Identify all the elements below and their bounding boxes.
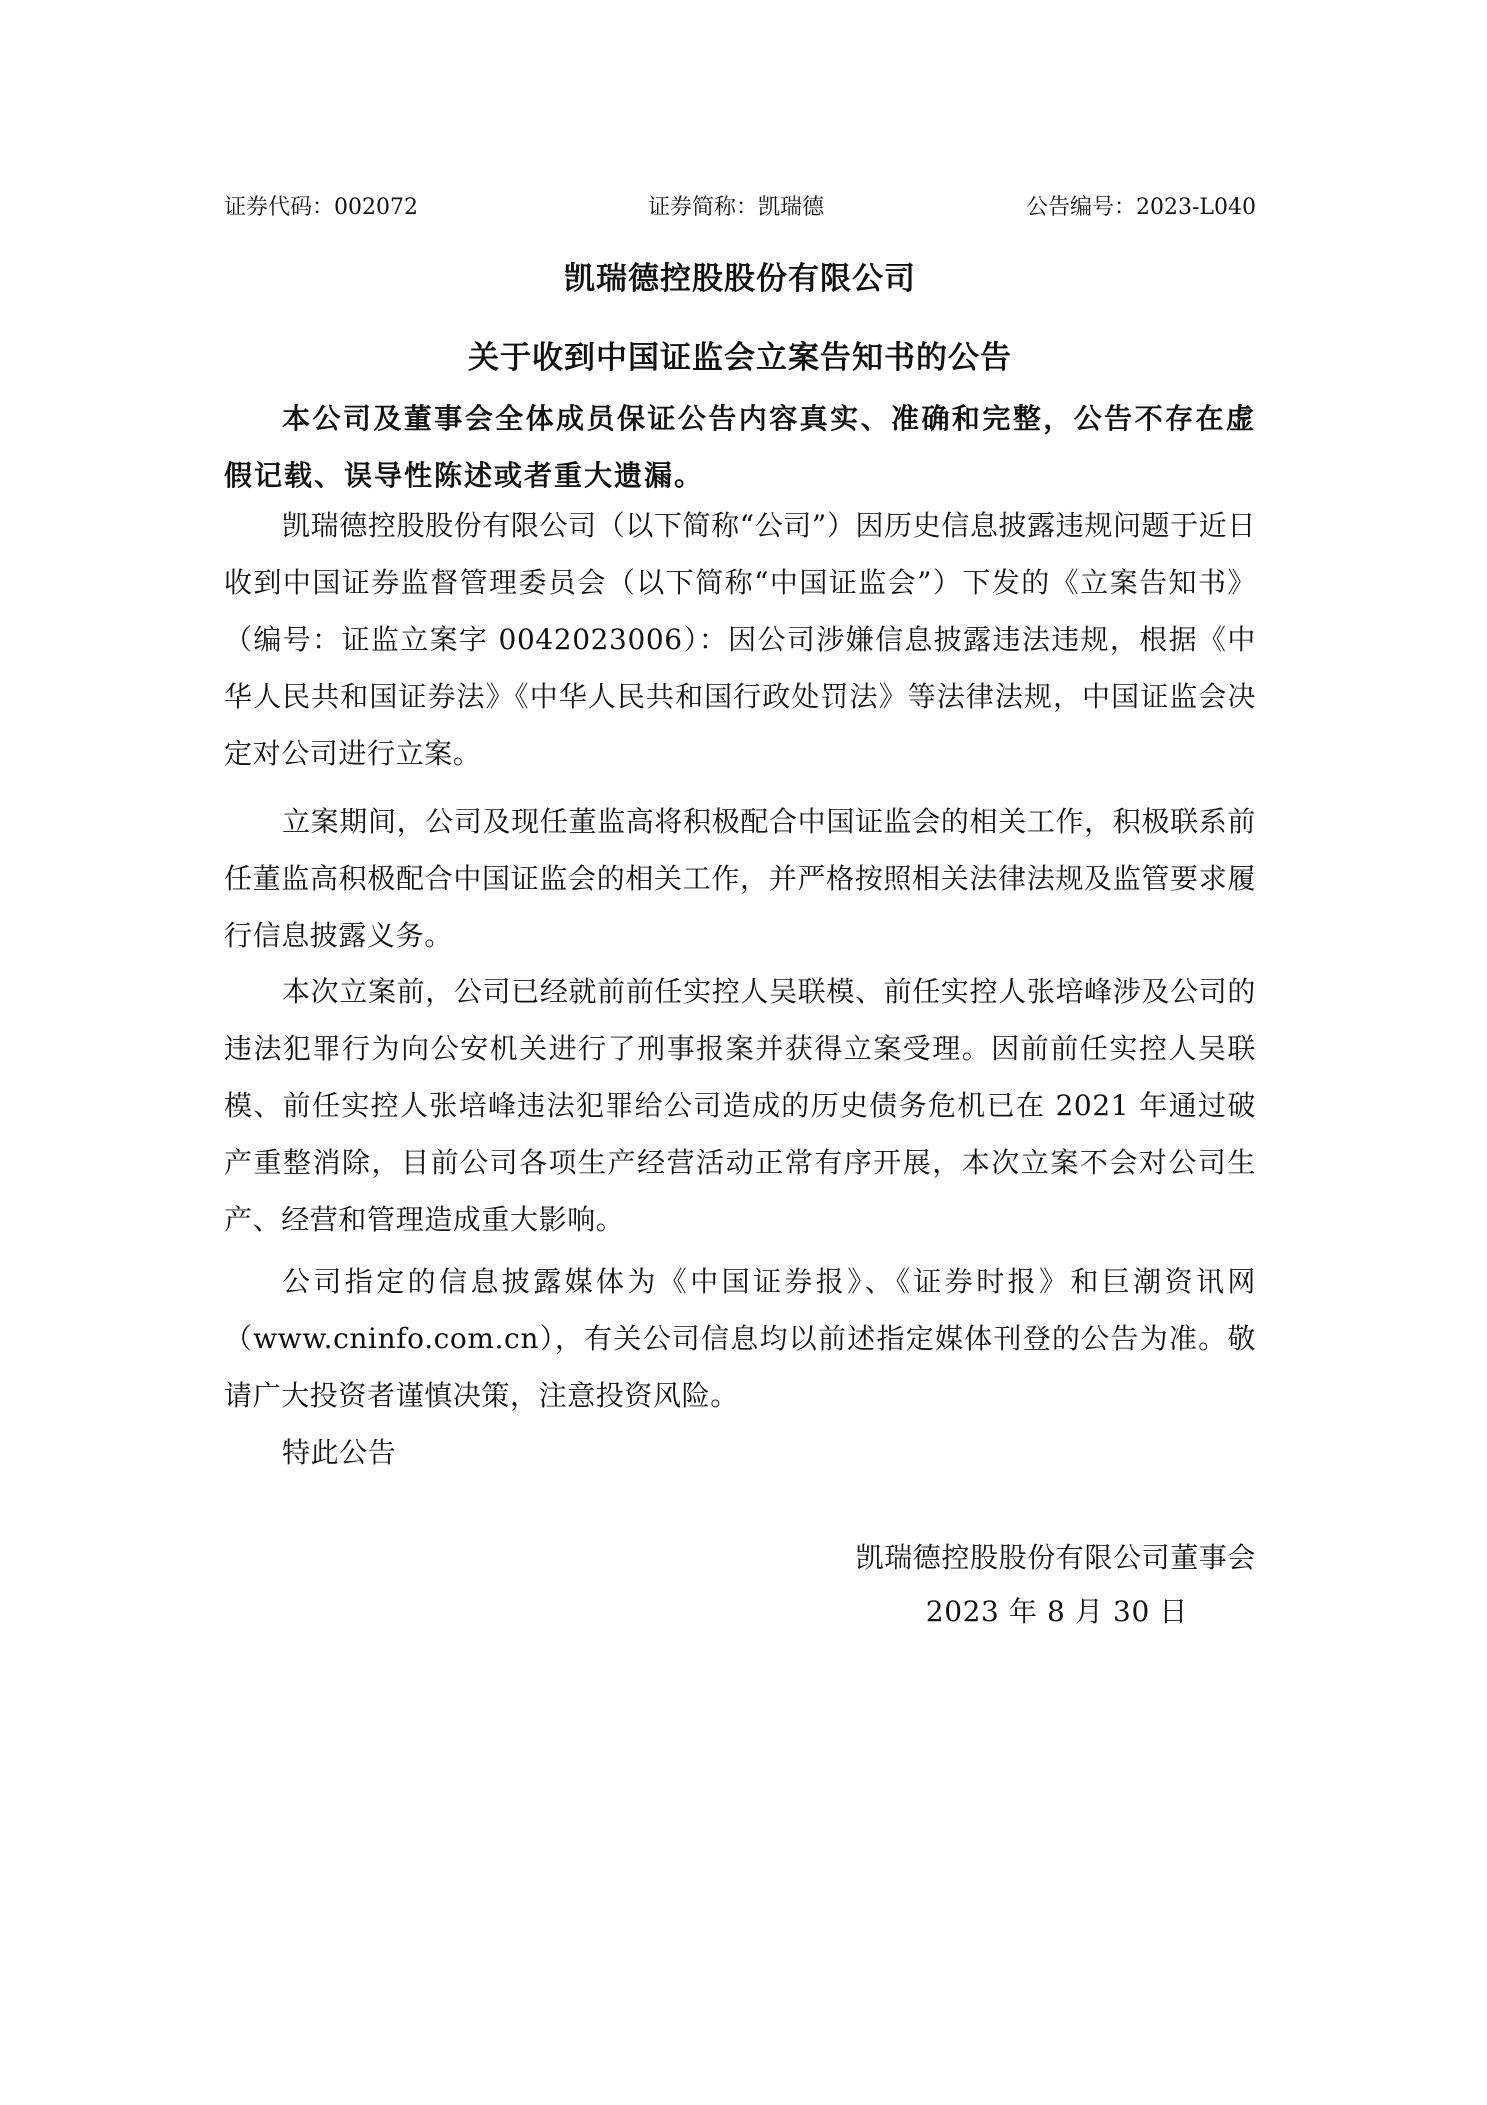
company-title: 凯瑞德控股股份有限公司: [224, 253, 1256, 298]
stock-code: 证券代码：002072: [224, 190, 418, 226]
announcement-title: 关于收到中国证监会立案告知书的公告: [224, 332, 1256, 377]
signature-date: 2023 年 8 月 30 日: [926, 1592, 1188, 1632]
paragraph-closing: 特此公告: [224, 1424, 1256, 1481]
paragraph-cooperation: 立案期间，公司及现任董监高将积极配合中国证监会的相关工作，积极联系前任董监高积极…: [224, 793, 1256, 964]
paragraph-background: 本次立案前，公司已经就前前任实控人吴联模、前任实控人张培峰涉及公司的违法犯罪行为…: [224, 963, 1256, 1248]
board-statement: 本公司及董事会全体成员保证公告内容真实、准确和完整，公告不存在虚假记载、误导性陈…: [224, 390, 1256, 504]
stock-short-name: 证券简称：凯瑞德: [648, 190, 824, 226]
signature-board: 凯瑞德控股股份有限公司董事会: [856, 1538, 1256, 1578]
paragraph-case-notice: 凯瑞德控股股份有限公司（以下简称“公司”）因历史信息披露违规问题于近日收到中国证…: [224, 497, 1256, 782]
announcement-number: 公告编号：2023-L040: [1026, 190, 1256, 226]
paragraph-media-notice: 公司指定的信息披露媒体为《中国证券报》、《证券时报》和巨潮资讯网（www.cni…: [224, 1253, 1256, 1424]
document-header: 证券代码：002072 证券简称：凯瑞德 公告编号：2023-L040: [224, 190, 1256, 226]
